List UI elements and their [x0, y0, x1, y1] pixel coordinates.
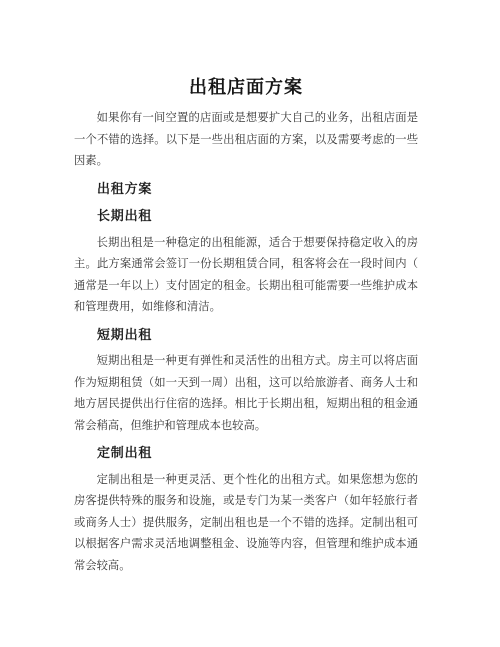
text-line: 主。此方案通常会签订一份长期租赁合同，租客将会在一段时间内（: [74, 254, 418, 276]
document-title: 出租店面方案: [74, 74, 418, 100]
text-line: 房客提供特殊的服务和设施，或是专门为某一类客户（如年轻旅行者: [74, 491, 418, 513]
text-line: 因素。: [74, 151, 418, 173]
section-heading-custom-rental: 定制出租: [74, 442, 418, 464]
text-line: 一个不错的选择。以下是一些出租店面的方案，以及需要考虑的一些: [74, 130, 418, 152]
text-line: 以根据客户需求灵活地调整租金、设施等内容，但管理和维护成本通: [74, 534, 418, 556]
long-term-rental-paragraph: 长期出租是一种稳定的出租能源，适合于想要保持稳定收入的房 主。此方案通常会签订一…: [74, 233, 418, 319]
text-line: 和管理费用，如维修和清洁。: [74, 297, 418, 319]
text-line: 作为短期租赁（如一天到一周）出租，这可以给旅游者、商务人士和: [74, 373, 418, 395]
text-line: 定制出租是一种更灵活、更个性化的出租方式。如果您想为您的: [74, 470, 418, 492]
text-line: 地方居民提供出行住宿的选择。相比于长期出租，短期出租的租金通: [74, 394, 418, 416]
text-line: 长期出租是一种稳定的出租能源，适合于想要保持稳定收入的房: [74, 233, 418, 255]
text-line: 短期出租是一种更有弹性和灵活性的出租方式。房主可以将店面: [74, 351, 418, 373]
intro-paragraph: 如果你有一间空置的店面或是想要扩大自己的业务，出租店面是 一个不错的选择。以下是…: [74, 108, 418, 173]
section-heading-rental-plans: 出租方案: [74, 178, 418, 200]
text-line: 或商务人士）提供服务，定制出租也是一个不错的选择。定制出租可: [74, 513, 418, 535]
text-line: 通常是一年以上）支付固定的租金。长期出租可能需要一些维护成本: [74, 276, 418, 298]
text-line: 常会稍高，但维护和管理成本也较高。: [74, 416, 418, 438]
custom-rental-paragraph: 定制出租是一种更灵活、更个性化的出租方式。如果您想为您的 房客提供特殊的服务和设…: [74, 470, 418, 578]
text-line: 如果你有一间空置的店面或是想要扩大自己的业务，出租店面是: [74, 108, 418, 130]
section-heading-short-term-rental: 短期出租: [74, 324, 418, 346]
short-term-rental-paragraph: 短期出租是一种更有弹性和灵活性的出租方式。房主可以将店面 作为短期租赁（如一天到…: [74, 351, 418, 437]
section-heading-long-term-rental: 长期出租: [74, 205, 418, 227]
text-line: 常会较高。: [74, 556, 418, 578]
document-page: 出租店面方案 如果你有一间空置的店面或是想要扩大自己的业务，出租店面是 一个不错…: [0, 0, 500, 647]
